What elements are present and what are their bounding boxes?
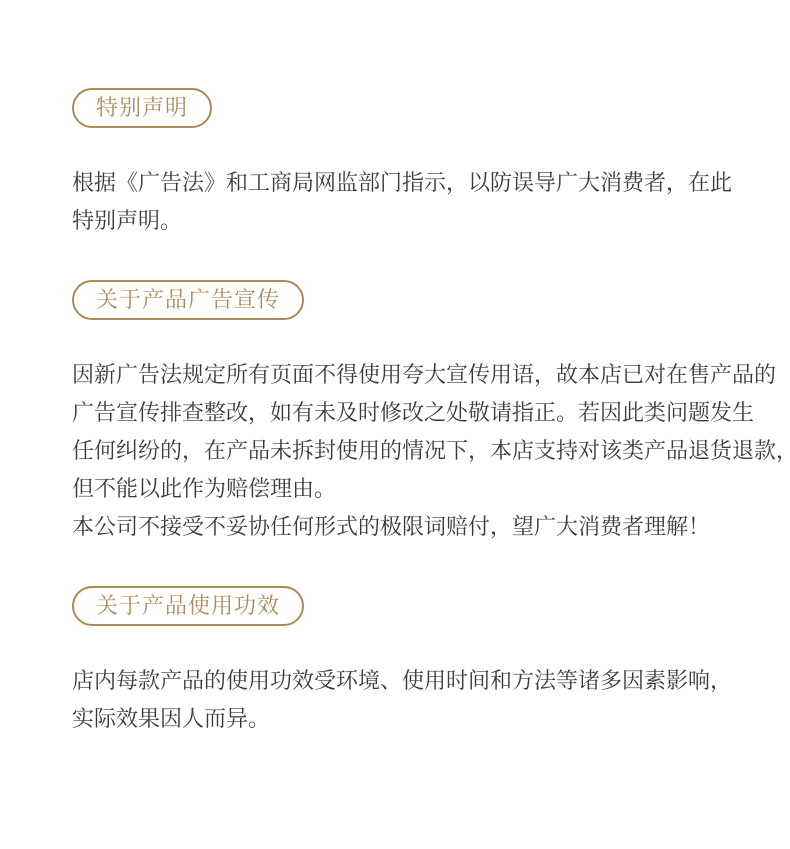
section-usage-efficacy: 关于产品使用功效 店内每款产品的使用功效受环境、使用时间和方法等诸多因素影响， … — [72, 586, 720, 738]
text-line: 特别声明。 — [72, 202, 720, 240]
special-statement-text: 根据《广告法》和工商局网监部门指示，以防误导广大消费者，在此 特别声明。 — [72, 164, 720, 240]
badge-row: 特别声明 — [72, 88, 720, 128]
text-line: 店内每款产品的使用功效受环境、使用时间和方法等诸多因素影响， — [72, 662, 720, 700]
text-line: 根据《广告法》和工商局网监部门指示，以防误导广大消费者，在此 — [72, 164, 720, 202]
usage-efficacy-text: 店内每款产品的使用功效受环境、使用时间和方法等诸多因素影响， 实际效果因人而异。 — [72, 662, 720, 738]
text-line: 但不能以此作为赔偿理由。 — [72, 470, 720, 508]
disclaimer-page: 特别声明 根据《广告法》和工商局网监部门指示，以防误导广大消费者，在此 特别声明… — [0, 0, 790, 849]
text-line: 本公司不接受不妥协任何形式的极限词赔付，望广大消费者理解！ — [72, 508, 720, 546]
badge-row: 关于产品使用功效 — [72, 586, 720, 626]
text-line: 任何纠纷的，在产品未拆封使用的情况下，本店支持对该类产品退货退款， — [72, 432, 720, 470]
text-line: 因新广告法规定所有页面不得使用夸大宣传用语，故本店已对在售产品的 — [72, 356, 720, 394]
section-special-statement: 特别声明 根据《广告法》和工商局网监部门指示，以防误导广大消费者，在此 特别声明… — [72, 88, 720, 240]
ad-promotion-badge: 关于产品广告宣传 — [72, 280, 304, 320]
usage-efficacy-badge: 关于产品使用功效 — [72, 586, 304, 626]
badge-row: 关于产品广告宣传 — [72, 280, 720, 320]
section-ad-promotion: 关于产品广告宣传 因新广告法规定所有页面不得使用夸大宣传用语，故本店已对在售产品… — [72, 280, 720, 546]
ad-promotion-text: 因新广告法规定所有页面不得使用夸大宣传用语，故本店已对在售产品的 广告宣传排查整… — [72, 356, 720, 546]
text-line: 广告宣传排查整改，如有未及时修改之处敬请指正。若因此类问题发生 — [72, 394, 720, 432]
special-statement-badge: 特别声明 — [72, 88, 212, 128]
text-line: 实际效果因人而异。 — [72, 700, 720, 738]
